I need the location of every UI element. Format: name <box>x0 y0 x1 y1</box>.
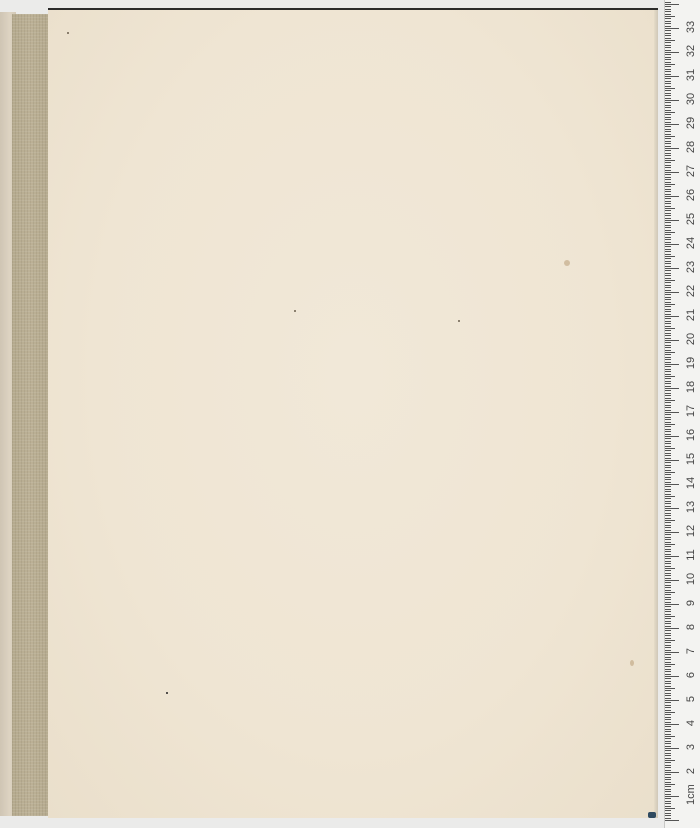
ruler-tick <box>665 467 671 468</box>
ruler-tick <box>665 273 671 274</box>
ruler-tick <box>665 395 671 396</box>
ruler-tick <box>665 107 671 108</box>
ruler-tick <box>665 566 671 567</box>
ruler-tick <box>665 508 679 509</box>
ruler-tick <box>665 657 671 658</box>
ruler-tick <box>665 347 671 348</box>
paper-speck <box>630 660 634 666</box>
ruler-tick <box>665 11 671 12</box>
ruler-tick <box>665 234 671 235</box>
ruler-tick <box>665 561 671 562</box>
ruler-tick <box>665 244 679 245</box>
ruler-tick <box>665 448 675 449</box>
ruler-tick <box>665 786 671 787</box>
ruler-tick <box>665 714 671 715</box>
ruler-tick <box>665 726 671 727</box>
ruler-tick <box>665 806 671 807</box>
paper-speck <box>564 260 570 266</box>
ruler-tick <box>665 474 671 475</box>
ruler-tick <box>665 47 671 48</box>
ruler-tick <box>665 664 675 665</box>
ruler-tick <box>665 76 679 77</box>
ruler-tick <box>665 647 671 648</box>
ruler-tick <box>665 314 671 315</box>
ruler-tick <box>665 645 671 646</box>
ruler-tick <box>665 268 679 269</box>
ruler-tick <box>665 760 675 761</box>
ruler-tick <box>665 242 671 243</box>
ruler-tick <box>665 38 671 39</box>
ruler-tick <box>665 42 671 43</box>
ruler-tick <box>665 743 671 744</box>
ruler-tick <box>665 153 671 154</box>
ruler-tick <box>665 736 675 737</box>
ruler-tick <box>665 592 675 593</box>
ruler-tick <box>665 791 671 792</box>
ruler-tick <box>665 134 671 135</box>
ruler-tick <box>665 191 671 192</box>
ruler-tick <box>665 724 679 725</box>
ruler-tick <box>665 731 671 732</box>
ruler-tick <box>665 304 675 305</box>
ruler-label: 27 <box>685 162 697 180</box>
ruler-label: 2 <box>685 762 697 780</box>
ruler-tick <box>665 110 671 111</box>
ruler-tick <box>665 542 671 543</box>
ruler-tick <box>665 585 671 586</box>
ruler-tick <box>665 537 671 538</box>
ruler-tick <box>665 530 671 531</box>
ruler-tick <box>665 539 671 540</box>
ruler-tick <box>665 748 679 749</box>
ruler-tick <box>665 182 671 183</box>
ruler-tick <box>665 390 671 391</box>
ruler-tick <box>665 549 671 550</box>
ruler-tick <box>665 690 671 691</box>
ruler-tick <box>665 54 671 55</box>
ruler-tick <box>665 491 671 492</box>
ruler-tick <box>665 820 679 821</box>
page-edge <box>654 10 658 818</box>
ruler-tick <box>665 527 671 528</box>
paper-speck <box>67 32 69 34</box>
ruler-tick <box>665 767 671 768</box>
ruler-tick <box>665 9 671 10</box>
ruler-tick <box>665 446 671 447</box>
ruler-tick <box>665 640 675 641</box>
ruler-tick <box>665 126 671 127</box>
ruler-tick <box>665 74 671 75</box>
ruler-tick <box>665 722 671 723</box>
ruler-label: 33 <box>685 18 697 36</box>
ruler-tick <box>665 292 679 293</box>
ruler-tick <box>665 311 671 312</box>
ruler-tick <box>665 458 671 459</box>
ruler-tick <box>665 702 671 703</box>
ruler-tick <box>665 570 671 571</box>
ruler-tick <box>665 340 679 341</box>
ruler-tick <box>665 246 671 247</box>
ruler-tick <box>665 383 671 384</box>
ruler-tick <box>665 138 671 139</box>
ruler-tick <box>665 335 671 336</box>
ruler-tick <box>665 606 671 607</box>
ruler-tick <box>665 98 671 99</box>
ruler-tick <box>665 374 671 375</box>
ruler-tick <box>665 405 671 406</box>
ruler-tick <box>665 796 679 797</box>
ruler-tick <box>665 124 679 125</box>
ruler-tick <box>665 777 671 778</box>
ruler-tick <box>665 568 675 569</box>
ruler-tick <box>665 431 671 432</box>
ruler-tick <box>665 734 671 735</box>
ruler-tick <box>665 753 671 754</box>
ruler-tick <box>665 518 671 519</box>
ruler-tick <box>665 400 675 401</box>
ruler-tick <box>665 119 671 120</box>
ruler-tick <box>665 371 671 372</box>
ruler-tick <box>665 436 679 437</box>
ruler-tick <box>665 338 671 339</box>
paper-speck <box>166 692 168 694</box>
corner-blemish <box>648 812 656 818</box>
ruler-tick <box>665 758 671 759</box>
ruler-tick <box>665 155 671 156</box>
ruler-tick <box>665 779 671 780</box>
ruler-tick <box>665 503 671 504</box>
ruler-tick <box>665 801 671 802</box>
ruler-tick <box>665 210 671 211</box>
ruler-tick <box>665 472 675 473</box>
ruler-label: 19 <box>685 354 697 372</box>
ruler-label: 24 <box>685 234 697 252</box>
ruler-tick <box>665 422 671 423</box>
ruler-tick <box>665 729 671 730</box>
ruler-tick <box>665 194 671 195</box>
ruler-tick <box>665 122 671 123</box>
ruler-tick <box>665 345 671 346</box>
ruler-tick <box>665 662 671 663</box>
ruler-tick <box>665 143 671 144</box>
ruler-tick <box>665 410 671 411</box>
ruler-tick <box>665 95 671 96</box>
ruler-tick <box>665 544 675 545</box>
ruler-tick <box>665 86 671 87</box>
ruler-tick <box>665 83 671 84</box>
ruler-tick <box>665 808 675 809</box>
ruler-tick <box>665 215 671 216</box>
ruler-tick <box>665 498 671 499</box>
ruler-label: 21 <box>685 306 697 324</box>
ruler-tick <box>665 208 675 209</box>
ruler-tick <box>665 287 671 288</box>
ruler-tick <box>665 170 671 171</box>
ruler-tick <box>665 249 671 250</box>
ruler-tick <box>665 16 675 17</box>
ruler-tick <box>665 695 671 696</box>
ruler-tick <box>665 618 671 619</box>
ruler-label: 16 <box>685 426 697 444</box>
ruler-tick <box>665 738 671 739</box>
ruler-tick <box>665 810 671 811</box>
ruler-tick <box>665 28 679 29</box>
ruler-tick <box>665 700 679 701</box>
ruler-tick <box>665 455 671 456</box>
ruler-tick <box>665 52 679 53</box>
ruler-tick <box>665 501 671 502</box>
ruler-tick <box>665 357 671 358</box>
ruler-tick <box>665 352 675 353</box>
ruler-label: 12 <box>685 522 697 540</box>
ruler-tick <box>665 33 671 34</box>
ruler-tick <box>665 590 671 591</box>
ruler-tick <box>665 635 671 636</box>
ruler-tick <box>665 614 671 615</box>
ruler-tick <box>665 630 671 631</box>
ruler-tick <box>665 141 671 142</box>
ruler-tick <box>665 64 675 65</box>
ruler-tick <box>665 282 671 283</box>
ruler-tick <box>665 4 679 5</box>
ruler-label: 26 <box>685 186 697 204</box>
ruler-tick <box>665 369 671 370</box>
ruler-tick <box>665 453 671 454</box>
ruler-tick <box>665 402 671 403</box>
ruler-tick <box>665 203 671 204</box>
ruler-tick <box>665 78 671 79</box>
ruler-tick <box>665 522 671 523</box>
ruler-tick <box>665 258 671 259</box>
ruler-label: 31 <box>685 66 697 84</box>
ruler-tick <box>665 290 671 291</box>
ruler-tick <box>665 551 671 552</box>
ruler-tick <box>665 172 679 173</box>
ruler-tick <box>665 683 671 684</box>
ruler-tick <box>665 131 671 132</box>
ruler-tick <box>665 323 671 324</box>
ruler-tick <box>665 186 671 187</box>
ruler-tick <box>665 426 671 427</box>
ruler-tick <box>665 750 671 751</box>
ruler-tick <box>665 765 671 766</box>
ruler-tick <box>665 302 671 303</box>
ruler-tick <box>665 650 671 651</box>
ruler-tick <box>665 443 671 444</box>
ruler-tick <box>665 196 679 197</box>
ruler-tick <box>665 554 671 555</box>
ruler-tick <box>665 350 671 351</box>
ruler-tick <box>665 198 671 199</box>
ruler-tick <box>665 261 671 262</box>
ruler-tick <box>665 419 671 420</box>
ruler-tick <box>665 482 671 483</box>
ruler-tick <box>665 782 671 783</box>
ruler-tick <box>665 573 671 574</box>
ruler-tick <box>665 366 671 367</box>
ruler-tick <box>665 489 671 490</box>
ruler-tick <box>665 755 671 756</box>
paper-speck <box>294 310 296 312</box>
ruler-label: 10 <box>685 570 697 588</box>
ruler-tick <box>665 597 671 598</box>
ruler-tick <box>665 285 671 286</box>
ruler-tick <box>665 294 671 295</box>
ruler-label: 5 <box>685 690 697 708</box>
ruler-tick <box>665 328 675 329</box>
ruler-tick <box>665 484 679 485</box>
ruler-tick <box>665 698 671 699</box>
ruler-tick <box>665 30 671 31</box>
ruler-tick <box>665 717 671 718</box>
ruler-tick <box>665 818 671 819</box>
ruler-label: 28 <box>685 138 697 156</box>
ruler-label: 13 <box>685 498 697 516</box>
ruler-tick <box>665 378 671 379</box>
ruler-tick <box>665 129 671 130</box>
ruler-tick <box>665 230 671 231</box>
ruler-tick <box>665 465 671 466</box>
ruler-tick <box>665 479 671 480</box>
ruler-label: 23 <box>685 258 697 276</box>
ruler-label: 15 <box>685 450 697 468</box>
ruler-tick <box>665 330 671 331</box>
ruler-tick <box>665 280 675 281</box>
ruler-tick <box>665 719 671 720</box>
ruler-tick <box>665 266 671 267</box>
ruler-tick <box>665 429 671 430</box>
ruler-tick <box>665 299 671 300</box>
measuring-ruler: 1cm 234567891011121314151617181920212223… <box>664 0 700 828</box>
ruler-tick <box>665 146 671 147</box>
ruler-tick <box>665 414 671 415</box>
ruler-label: 7 <box>685 642 697 660</box>
ruler-tick <box>665 510 671 511</box>
ruler-tick <box>665 784 675 785</box>
ruler-tick <box>665 563 671 564</box>
ruler-tick <box>665 477 671 478</box>
ruler-tick <box>665 21 671 22</box>
ruler-tick <box>665 674 671 675</box>
ruler-tick <box>665 2 671 3</box>
ruler-tick <box>665 100 679 101</box>
ruler-label: 25 <box>685 210 697 228</box>
ruler-tick <box>665 26 671 27</box>
ruler-tick <box>665 162 671 163</box>
ruler-tick <box>665 424 675 425</box>
ruler-tick <box>665 616 675 617</box>
ruler-tick <box>665 342 671 343</box>
ruler-tick <box>665 93 671 94</box>
ruler-tick <box>665 316 679 317</box>
ruler-label: 17 <box>685 402 697 420</box>
ruler-tick <box>665 251 671 252</box>
ruler-tick <box>665 256 675 257</box>
ruler-tick <box>665 546 671 547</box>
ruler-tick <box>665 628 679 629</box>
ruler-tick <box>665 136 675 137</box>
ruler-tick <box>665 450 671 451</box>
ruler-tick <box>665 275 671 276</box>
ruler-tick <box>665 165 671 166</box>
ruler-tick <box>665 105 671 106</box>
paper-speck <box>458 320 460 322</box>
ruler-tick <box>665 462 671 463</box>
ruler-tick <box>665 160 675 161</box>
ruler-tick <box>665 412 679 413</box>
ruler-tick <box>665 626 671 627</box>
ruler-label: 30 <box>685 90 697 108</box>
ruler-tick <box>665 654 671 655</box>
ruler-tick <box>665 50 671 51</box>
ruler-tick <box>665 813 671 814</box>
ruler-tick <box>665 14 671 15</box>
ruler-tick <box>665 602 671 603</box>
ruler-tick <box>665 774 671 775</box>
ruler-tick <box>665 746 671 747</box>
ruler-tick <box>665 177 671 178</box>
ruler-label: 29 <box>685 114 697 132</box>
ruler-tick <box>665 306 671 307</box>
ruler-tick <box>665 669 671 670</box>
ruler-tick <box>665 35 671 36</box>
ruler-tick <box>665 671 671 672</box>
ruler-tick <box>665 513 671 514</box>
ruler-tick <box>665 633 671 634</box>
ruler-tick <box>665 362 671 363</box>
ruler-tick <box>665 376 675 377</box>
ruler-tick <box>665 239 671 240</box>
ruler-tick <box>665 254 671 255</box>
ruler-tick <box>665 167 671 168</box>
ruler-tick <box>665 611 671 612</box>
ruler-tick <box>665 638 671 639</box>
ruler-label: 6 <box>685 666 697 684</box>
ruler-label: 11 <box>685 546 697 564</box>
ruler-tick <box>665 189 671 190</box>
ruler-tick <box>665 69 671 70</box>
ruler-tick <box>665 206 671 207</box>
ruler-tick <box>665 174 671 175</box>
ruler-tick <box>665 326 671 327</box>
ruler-tick <box>665 112 675 113</box>
ruler-tick <box>665 712 675 713</box>
ruler-tick <box>665 642 671 643</box>
ruler-tick <box>665 150 671 151</box>
ruler-tick <box>665 71 671 72</box>
ruler-tick <box>665 381 671 382</box>
ruler-tick <box>665 666 671 667</box>
ruler-tick <box>665 179 671 180</box>
ruler-tick <box>665 333 671 334</box>
ruler-tick <box>665 227 671 228</box>
ruler-tick <box>665 220 679 221</box>
ruler-label: 3 <box>685 738 697 756</box>
ruler-tick <box>665 460 679 461</box>
ruler-tick <box>665 117 671 118</box>
ruler-tick <box>665 623 671 624</box>
ruler-tick <box>665 815 671 816</box>
ruler-tick <box>665 686 671 687</box>
ruler-tick <box>665 486 671 487</box>
ruler-tick <box>665 506 671 507</box>
ruler-tick <box>665 407 671 408</box>
ruler-tick <box>665 688 675 689</box>
ruler-tick <box>665 741 671 742</box>
ruler-tick <box>665 148 679 149</box>
ruler-tick <box>665 81 671 82</box>
ruler-tick <box>665 770 671 771</box>
